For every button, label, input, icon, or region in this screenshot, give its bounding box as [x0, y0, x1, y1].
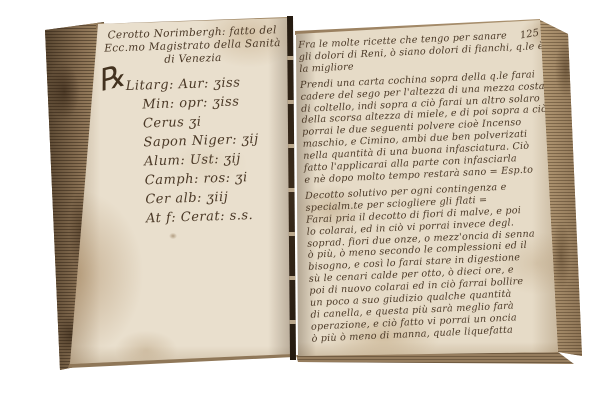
intro-paragraph: Fra le molte ricette che tengo per sanar… — [298, 29, 547, 76]
manuscript-book: Cerotto Norimbergh: fatto delEcc.mo Magi… — [30, 10, 582, 388]
recipe-lines: Litarg: Aur: ʒissMin: opr: ʒissCerus ʒiS… — [123, 72, 298, 229]
recipe-list: ℞ Litarg: Aur: ʒissMin: opr: ʒissCerus ʒ… — [123, 72, 298, 229]
photo-background: Cerotto Norimbergh: fatto delEcc.mo Magi… — [0, 0, 600, 400]
kidney-remedy-paragraph: Prendi una carta cochina sopra della q.l… — [300, 68, 553, 186]
left-page-text: Cerotto Norimbergh: fatto delEcc.mo Magi… — [92, 24, 298, 230]
right-page-text: Fra le molte ricette che tengo per sanar… — [298, 29, 560, 346]
left-page: Cerotto Norimbergh: fatto delEcc.mo Magi… — [70, 18, 294, 364]
left-page-heading: Cerotto Norimbergh: fatto delEcc.mo Magi… — [92, 24, 293, 69]
manuscript-line: At f: Cerat: s.s. — [128, 205, 299, 229]
decotto-paragraph: Decotto solutivo per ogni contingenza es… — [305, 179, 560, 345]
right-page: 125 Fra le molte ricette che tengo per s… — [294, 20, 558, 358]
recipe-rx-symbol: ℞ — [96, 66, 127, 91]
